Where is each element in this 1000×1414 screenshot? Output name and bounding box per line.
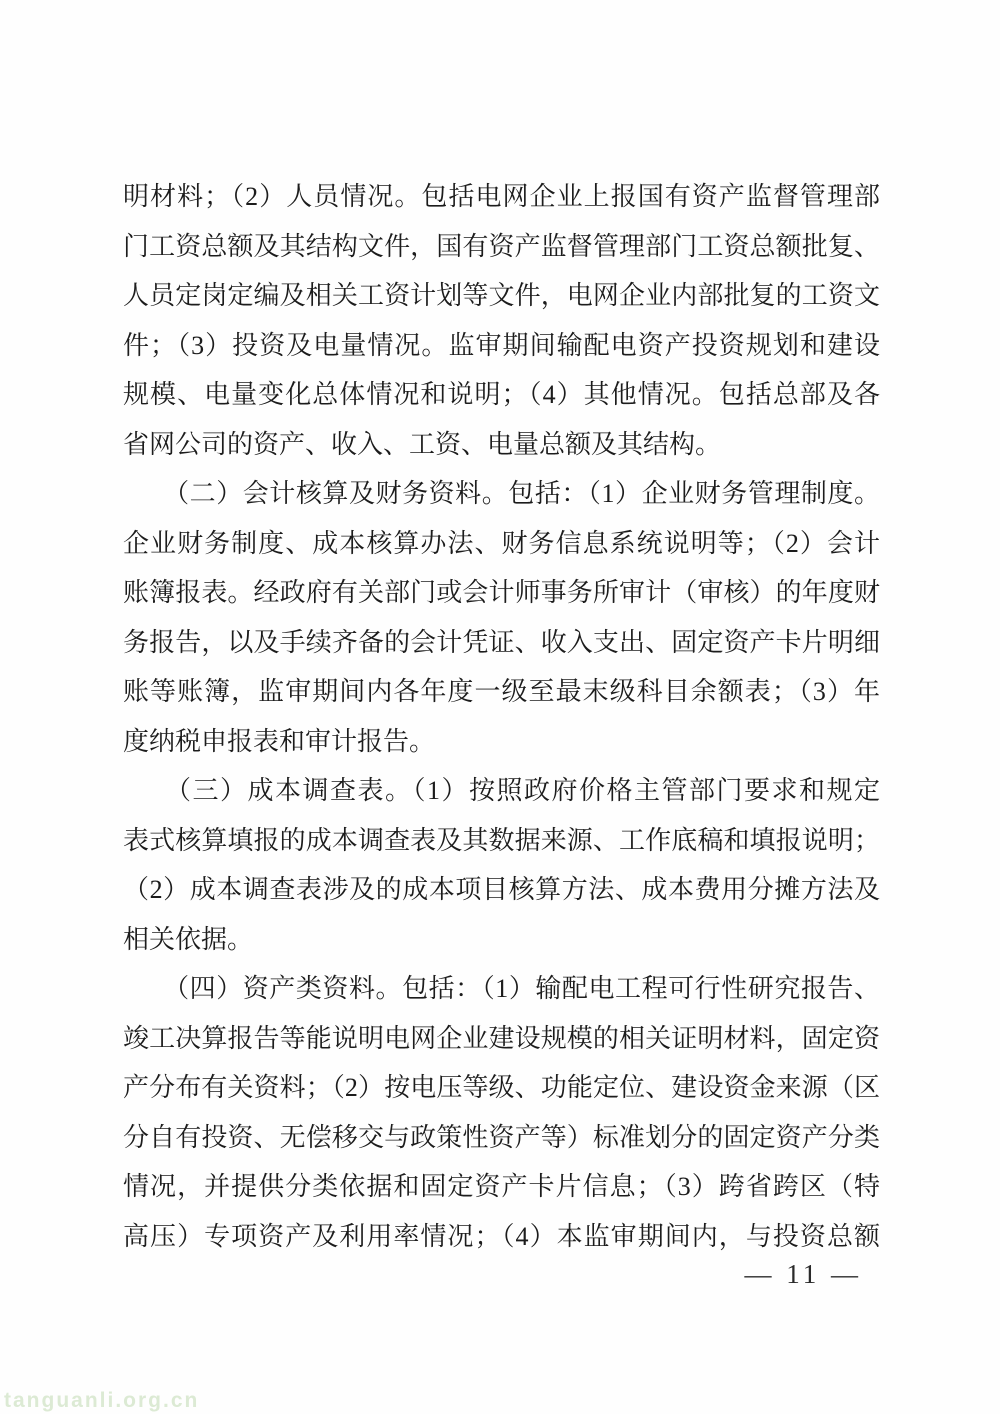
document-line: 分自有投资、无偿移交与政策性资产等）标准划分的固定资产分类 [123, 1113, 880, 1163]
document-line: （二）会计核算及财务资料。包括：（1）企业财务管理制度。 [123, 469, 880, 519]
document-line: 高压）专项资产及利用率情况；（4）本监审期间内，与投资总额 [123, 1212, 880, 1262]
document-line: 表式核算填报的成本调查表及其数据来源、工作底稿和填报说明； [123, 816, 880, 866]
document-line: （三）成本调查表。（1）按照政府价格主管部门要求和规定 [123, 766, 880, 816]
document-line: 企业财务制度、成本核算办法、财务信息系统说明等；（2）会计 [123, 519, 880, 569]
document-line: 产分布有关资料；（2）按电压等级、功能定位、建设资金来源（区 [123, 1063, 880, 1113]
document-line: 明材料；（2）人员情况。包括电网企业上报国有资产监督管理部 [123, 172, 880, 222]
document-line: （2）成本调查表涉及的成本项目核算方法、成本费用分摊方法及 [123, 865, 880, 915]
document-line: 规模、电量变化总体情况和说明；（4）其他情况。包括总部及各 [123, 370, 880, 420]
page-number: — 11 — [745, 1256, 863, 1292]
document-line: 账等账簿，监审期间内各年度一级至最末级科目余额表；（3）年 [123, 667, 880, 717]
document-line: 情况，并提供分类依据和固定资产卡片信息；（3）跨省跨区（特 [123, 1162, 880, 1212]
watermark: tanguanli.org.cn [4, 1389, 199, 1413]
document-line: 件；（3）投资及电量情况。监审期间输配电资产投资规划和建设 [123, 321, 880, 371]
document-line: 省网公司的资产、收入、工资、电量总额及其结构。 [123, 420, 880, 470]
document-line: 账簿报表。经政府有关部门或会计师事务所审计（审核）的年度财 [123, 568, 880, 618]
document-line: 人员定岗定编及相关工资计划等文件，电网企业内部批复的工资文 [123, 271, 880, 321]
document-line: 度纳税申报表和审计报告。 [123, 717, 880, 767]
document-line: 务报告，以及手续齐备的会计凭证、收入支出、固定资产卡片明细 [123, 618, 880, 668]
document-line: 门工资总额及其结构文件，国有资产监督管理部门工资总额批复、 [123, 222, 880, 272]
document-line: 竣工决算报告等能说明电网企业建设规模的相关证明材料，固定资 [123, 1014, 880, 1064]
text-block: 明材料；（2）人员情况。包括电网企业上报国有资产监督管理部门工资总额及其结构文件… [123, 172, 880, 1261]
document-line: （四）资产类资料。包括：（1）输配电工程可行性研究报告、 [123, 964, 880, 1014]
document-line: 相关依据。 [123, 915, 880, 965]
document-page: 明材料；（2）人员情况。包括电网企业上报国有资产监督管理部门工资总额及其结构文件… [0, 0, 1000, 1414]
